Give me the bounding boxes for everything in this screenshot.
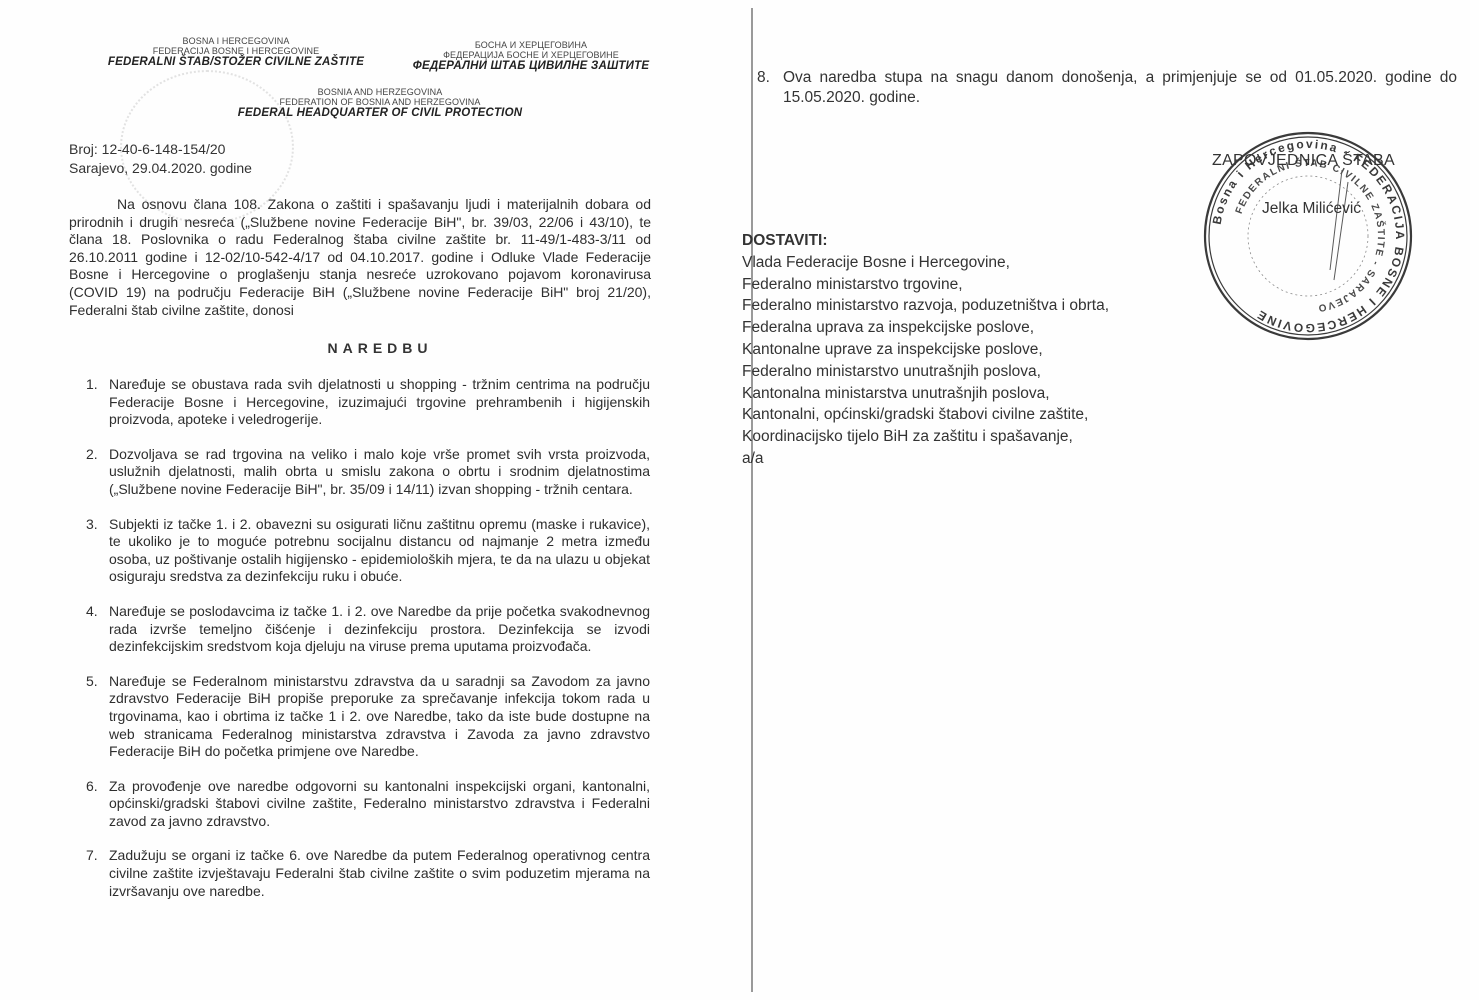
header-institution: ФЕДЕРАЛНИ ШТАБ ЦИВИЛНЕ ЗАШТИТЕ bbox=[400, 60, 662, 73]
distribution-recipient: Federalno ministarstvo unutrašnjih poslo… bbox=[742, 361, 1109, 383]
distribution-recipient: Vlada Federacije Bosne i Hercegovine, bbox=[742, 252, 1109, 274]
order-items-list: 1. Naređuje se obustava rada svih djelat… bbox=[80, 376, 650, 900]
order-item: 4. Naređuje se poslodavcima iz tačke 1. … bbox=[80, 603, 650, 656]
order-item: 6. Za provođenje ove naredbe odgovorni s… bbox=[80, 778, 650, 831]
item-text: Dozvoljava se rad trgovina na veliko i m… bbox=[109, 446, 650, 497]
header-federation: ФЕДЕРАЦИЈА БОСНЕ И ХЕРЦЕГОВИНЕ bbox=[400, 50, 662, 60]
item-text: Naređuje se poslodavcima iz tačke 1. i 2… bbox=[109, 603, 650, 654]
distribution-list: Vlada Federacije Bosne i Hercegovine, Fe… bbox=[742, 252, 1109, 470]
header-federation: FEDERACIJA BOSNE I HERCEGOVINE bbox=[96, 46, 376, 56]
document-meta: Broj: 12-40-6-148-154/20 Sarajevo, 29.04… bbox=[69, 140, 252, 178]
item-number: 8. bbox=[757, 68, 770, 88]
svg-text:FEDERALNI ŠTAB CIVILNE ZAŠTITE: FEDERALNI ŠTAB CIVILNE ZAŠTITE - SARAJEV… bbox=[1234, 156, 1388, 313]
item-number: 2. bbox=[86, 446, 98, 464]
distribution-recipient: Federalno ministarstvo trgovine, bbox=[742, 274, 1109, 296]
distribution-recipient: Federalno ministarstvo razvoja, poduzetn… bbox=[742, 295, 1109, 317]
header-institution: FEDERALNI ŠTAB/STOŽER CIVILNE ZAŠTITE bbox=[96, 56, 376, 69]
document-number: Broj: 12-40-6-148-154/20 bbox=[69, 140, 252, 159]
header-bosnian: BOSNA I HERCEGOVINA FEDERACIJA BOSNE I H… bbox=[96, 36, 376, 69]
header-country: BOSNIA AND HERZEGOVINA bbox=[200, 87, 560, 97]
item-text: Zadužuju se organi iz tačke 6. ove Nared… bbox=[109, 847, 650, 898]
item-number: 3. bbox=[86, 516, 98, 534]
document-place-date: Sarajevo, 29.04.2020. godine bbox=[69, 159, 252, 178]
order-item: 3. Subjekti iz tačke 1. i 2. obavezni su… bbox=[80, 516, 650, 586]
distribution-title: DOSTAVITI: bbox=[742, 230, 1109, 252]
distribution-recipient: Kantonalni, općinski/gradski štabovi civ… bbox=[742, 404, 1109, 426]
order-item: 1. Naređuje se obustava rada svih djelat… bbox=[80, 376, 650, 429]
item-number: 7. bbox=[86, 847, 98, 865]
item-text: Naređuje se obustava rada svih djelatnos… bbox=[109, 376, 650, 427]
signature-title: ZAPOVJEDNICA ŠTABA bbox=[1212, 152, 1395, 170]
item-text: Za provođenje ove naredbe odgovorni su k… bbox=[109, 778, 650, 829]
page-divider bbox=[751, 8, 753, 992]
distribution-recipient: Kantonalna ministarstva unutrašnjih posl… bbox=[742, 383, 1109, 405]
header-institution: FEDERAL HEADQUARTER OF CIVIL PROTECTION bbox=[200, 107, 560, 120]
order-item: 8. Ova naredba stupa na snagu danom dono… bbox=[757, 68, 1457, 108]
document-title: NAREDBU bbox=[300, 340, 460, 356]
distribution-recipient: a/a bbox=[742, 448, 1109, 470]
item-number: 4. bbox=[86, 603, 98, 621]
header-country: БОСНА И ХЕРЦЕГОВИНА bbox=[400, 40, 662, 50]
order-item: 7. Zadužuju se organi iz tačke 6. ove Na… bbox=[80, 847, 650, 900]
distribution-block: DOSTAVITI: Vlada Federacije Bosne i Herc… bbox=[742, 230, 1109, 470]
header-english: BOSNIA AND HERZEGOVINA FEDERATION OF BOS… bbox=[200, 87, 560, 120]
item-number: 6. bbox=[86, 778, 98, 796]
item-text: Subjekti iz tačke 1. i 2. obavezni su os… bbox=[109, 516, 650, 585]
header-cyrillic: БОСНА И ХЕРЦЕГОВИНА ФЕДЕРАЦИЈА БОСНЕ И Х… bbox=[400, 40, 662, 73]
item-number: 1. bbox=[86, 376, 98, 394]
distribution-recipient: Koordinacijsko tijelo BiH za zaštitu i s… bbox=[742, 426, 1109, 448]
header-federation: FEDERATION OF BOSNIA AND HERZEGOVINA bbox=[200, 97, 560, 107]
distribution-recipient: Kantonalne uprave za inspekcijske poslov… bbox=[742, 339, 1109, 361]
item-text: Naređuje se Federalnom ministarstvu zdra… bbox=[109, 673, 650, 759]
distribution-recipient: Federalna uprava za inspekcijske poslove… bbox=[742, 317, 1109, 339]
header-country: BOSNA I HERCEGOVINA bbox=[96, 36, 376, 46]
item-number: 5. bbox=[86, 673, 98, 691]
order-item: 5. Naređuje se Federalnom ministarstvu z… bbox=[80, 673, 650, 761]
preamble-paragraph: Na osnovu člana 108. Zakona o zaštiti i … bbox=[69, 196, 651, 319]
order-item: 2. Dozvoljava se rad trgovina na veliko … bbox=[80, 446, 650, 499]
item-text: Ova naredba stupa na snagu danom donošen… bbox=[783, 69, 1457, 106]
document-page-1: BOSNA I HERCEGOVINA FEDERACIJA BOSNE I H… bbox=[0, 0, 752, 1000]
signature-name: Jelka Milićević bbox=[1262, 200, 1361, 218]
